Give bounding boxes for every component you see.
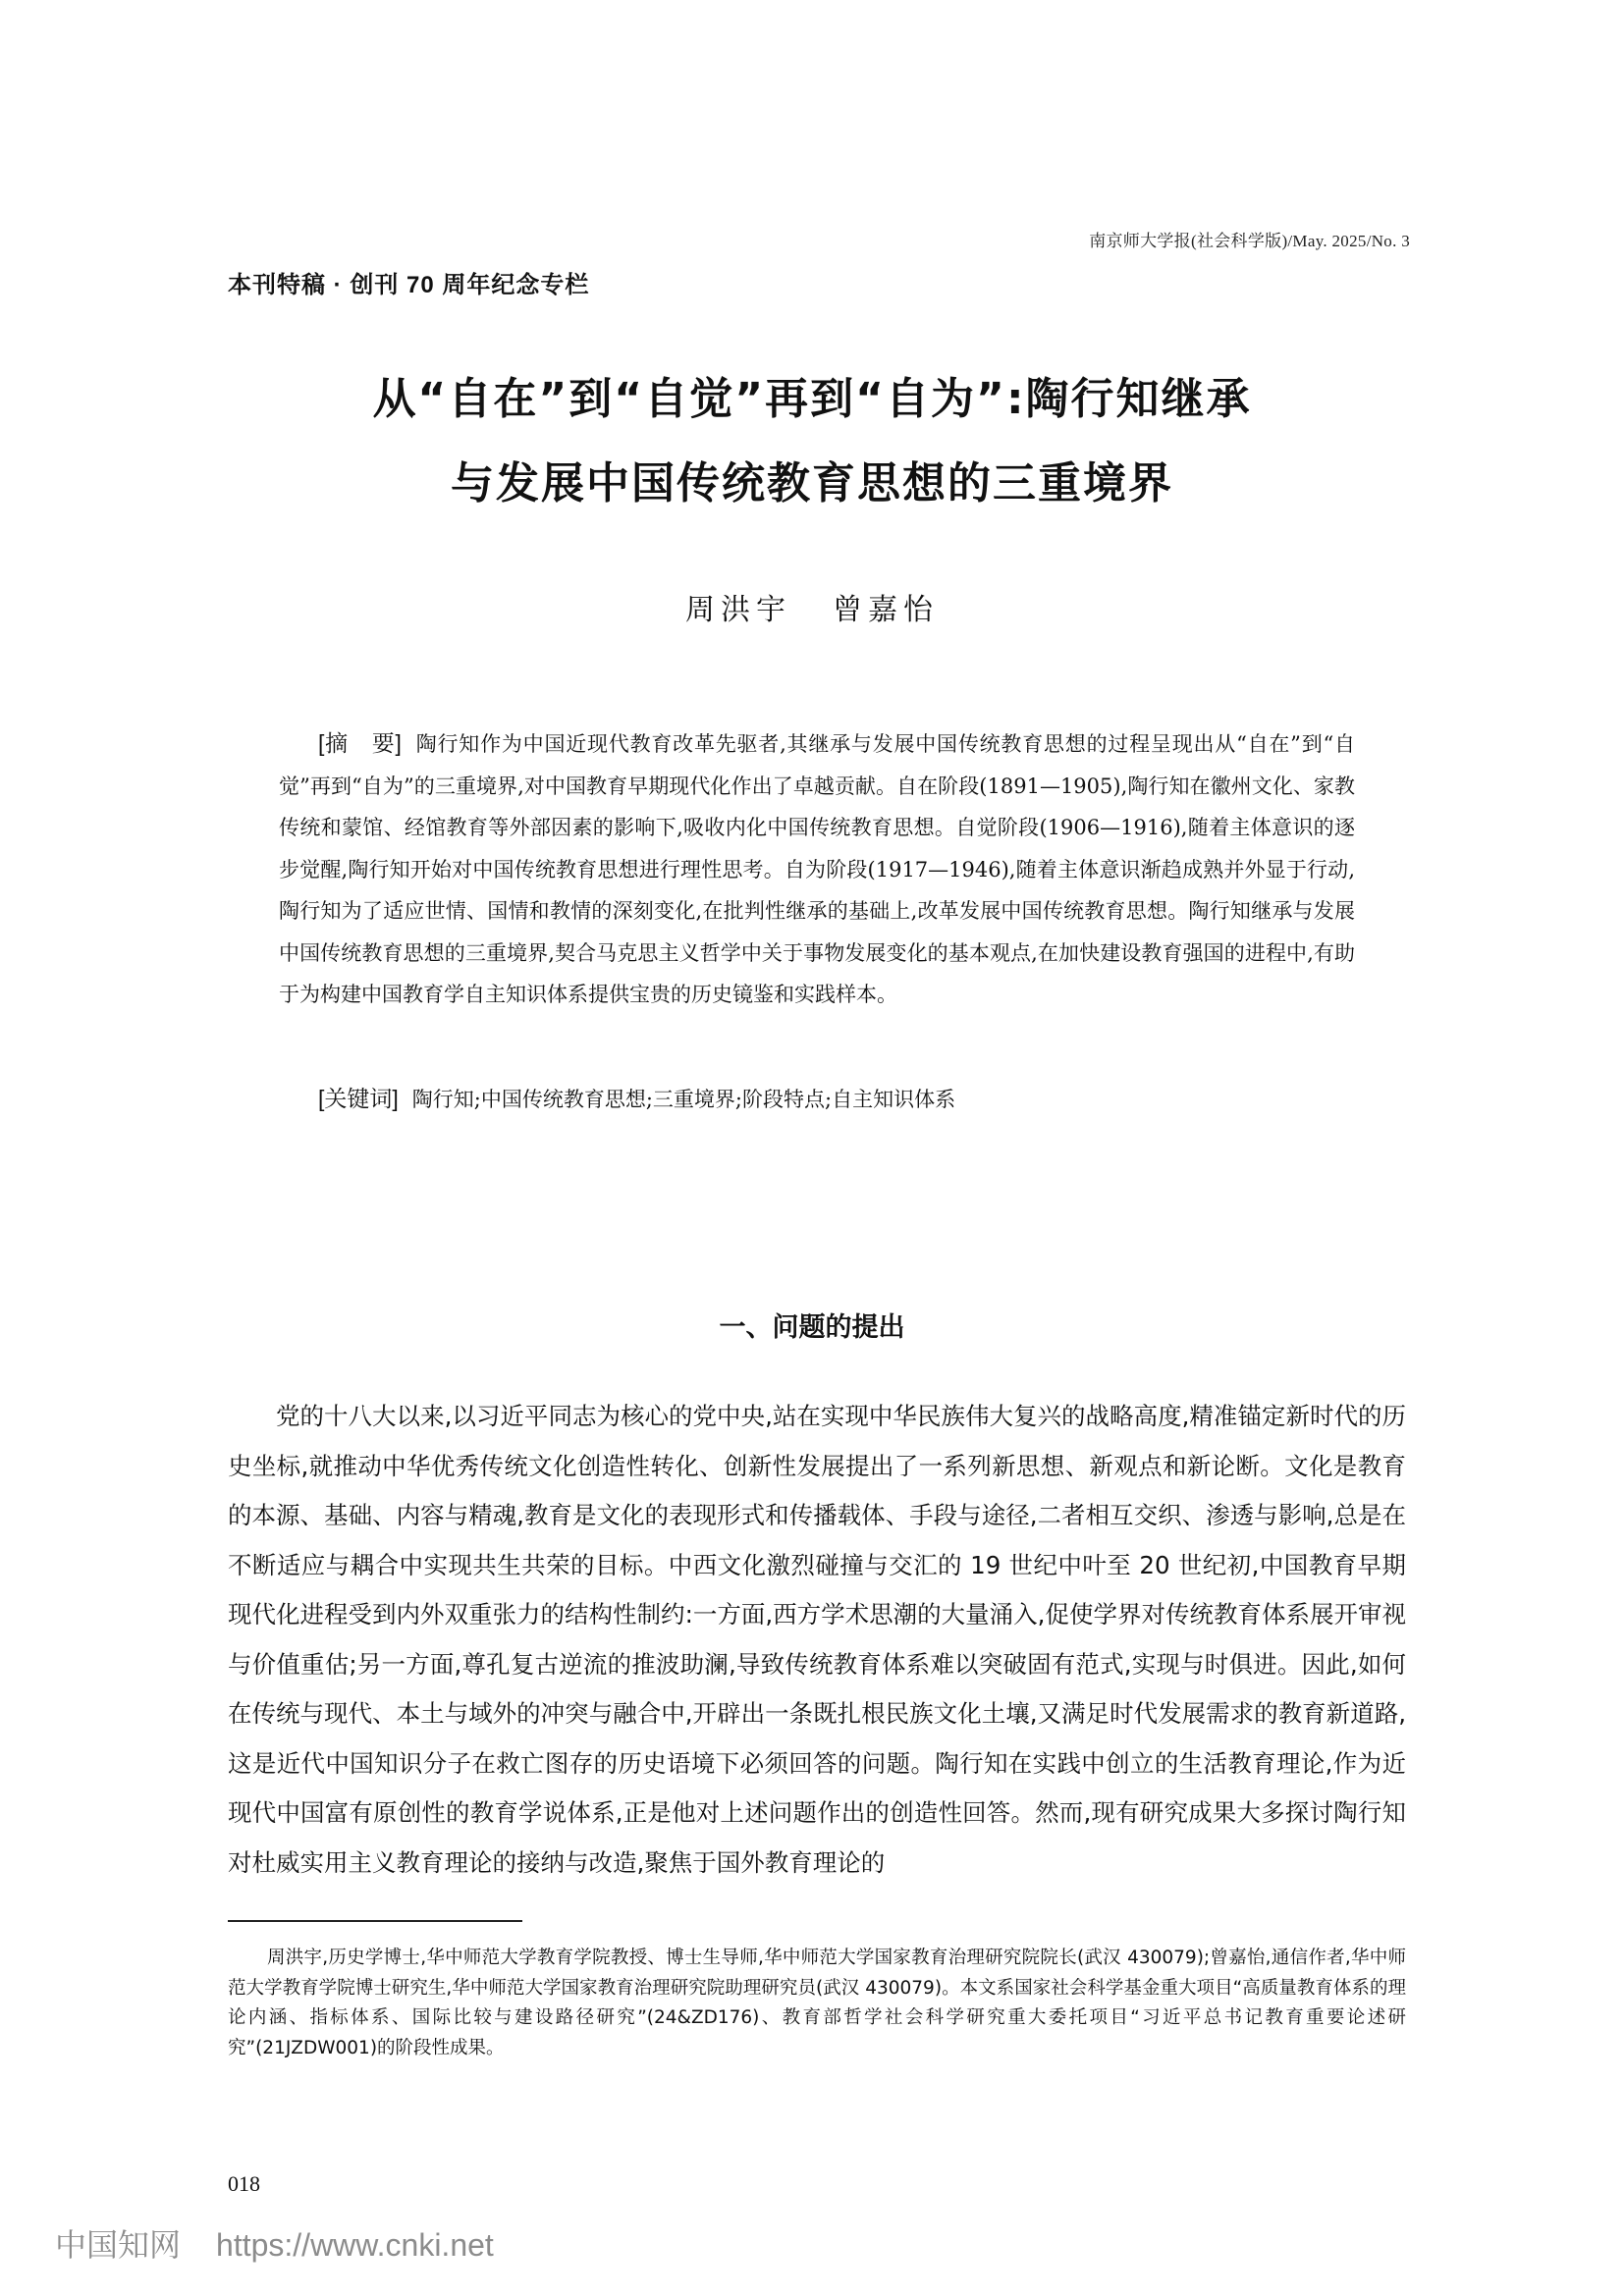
page-number: 018 (228, 2171, 260, 2197)
article-title-line-1: 从“自在”到“自觉”再到“自为”:陶行知继承 (0, 363, 1624, 426)
keywords: [关键词]陶行知;中国传统教育思想;三重境界;阶段特点;自主知识体系 (279, 1078, 1355, 1120)
author-list: 周洪宇曾嘉怡 (0, 585, 1624, 628)
keywords-text: 陶行知;中国传统教育思想;三重境界;阶段特点;自主知识体系 (412, 1088, 955, 1111)
journal-reference: 南京师大学报(社会科学版)/May. 2025/No. 3 (1089, 227, 1410, 251)
body-paragraph: 党的十八大以来,以习近平同志为核心的党中央,站在实现中华民族伟大复兴的战略高度,… (228, 1392, 1406, 1888)
article-title-line-2: 与发展中国传统教育思想的三重境界 (0, 448, 1624, 510)
abstract-label: [摘 要] (279, 730, 402, 756)
author-name: 曾嘉怡 (833, 593, 939, 627)
abstract-text: 陶行知作为中国近现代教育改革先驱者,其继承与发展中国传统教育思想的过程呈现出从“… (279, 732, 1355, 1006)
column-label: 本刊特稿 · 创刊 70 周年纪念专栏 (228, 265, 589, 299)
watermark-url: https://www.cnki.net (216, 2227, 494, 2263)
watermark-name: 中国知网 (55, 2227, 181, 2263)
author-name: 周洪宇 (685, 593, 791, 627)
footnote-divider (228, 1920, 522, 1922)
author-footnote: 周洪宇,历史学博士,华中师范大学教育学院教授、博士生导师,华中师范大学国家教育治… (228, 1944, 1406, 2063)
section-heading: 一、问题的提出 (0, 1306, 1624, 1344)
abstract: [摘 要]陶行知作为中国近现代教育改革先驱者,其继承与发展中国传统教育思想的过程… (279, 722, 1355, 1016)
cnki-watermark: 中国知网https://www.cnki.net (55, 2220, 494, 2266)
keywords-label: [关键词] (279, 1086, 399, 1111)
